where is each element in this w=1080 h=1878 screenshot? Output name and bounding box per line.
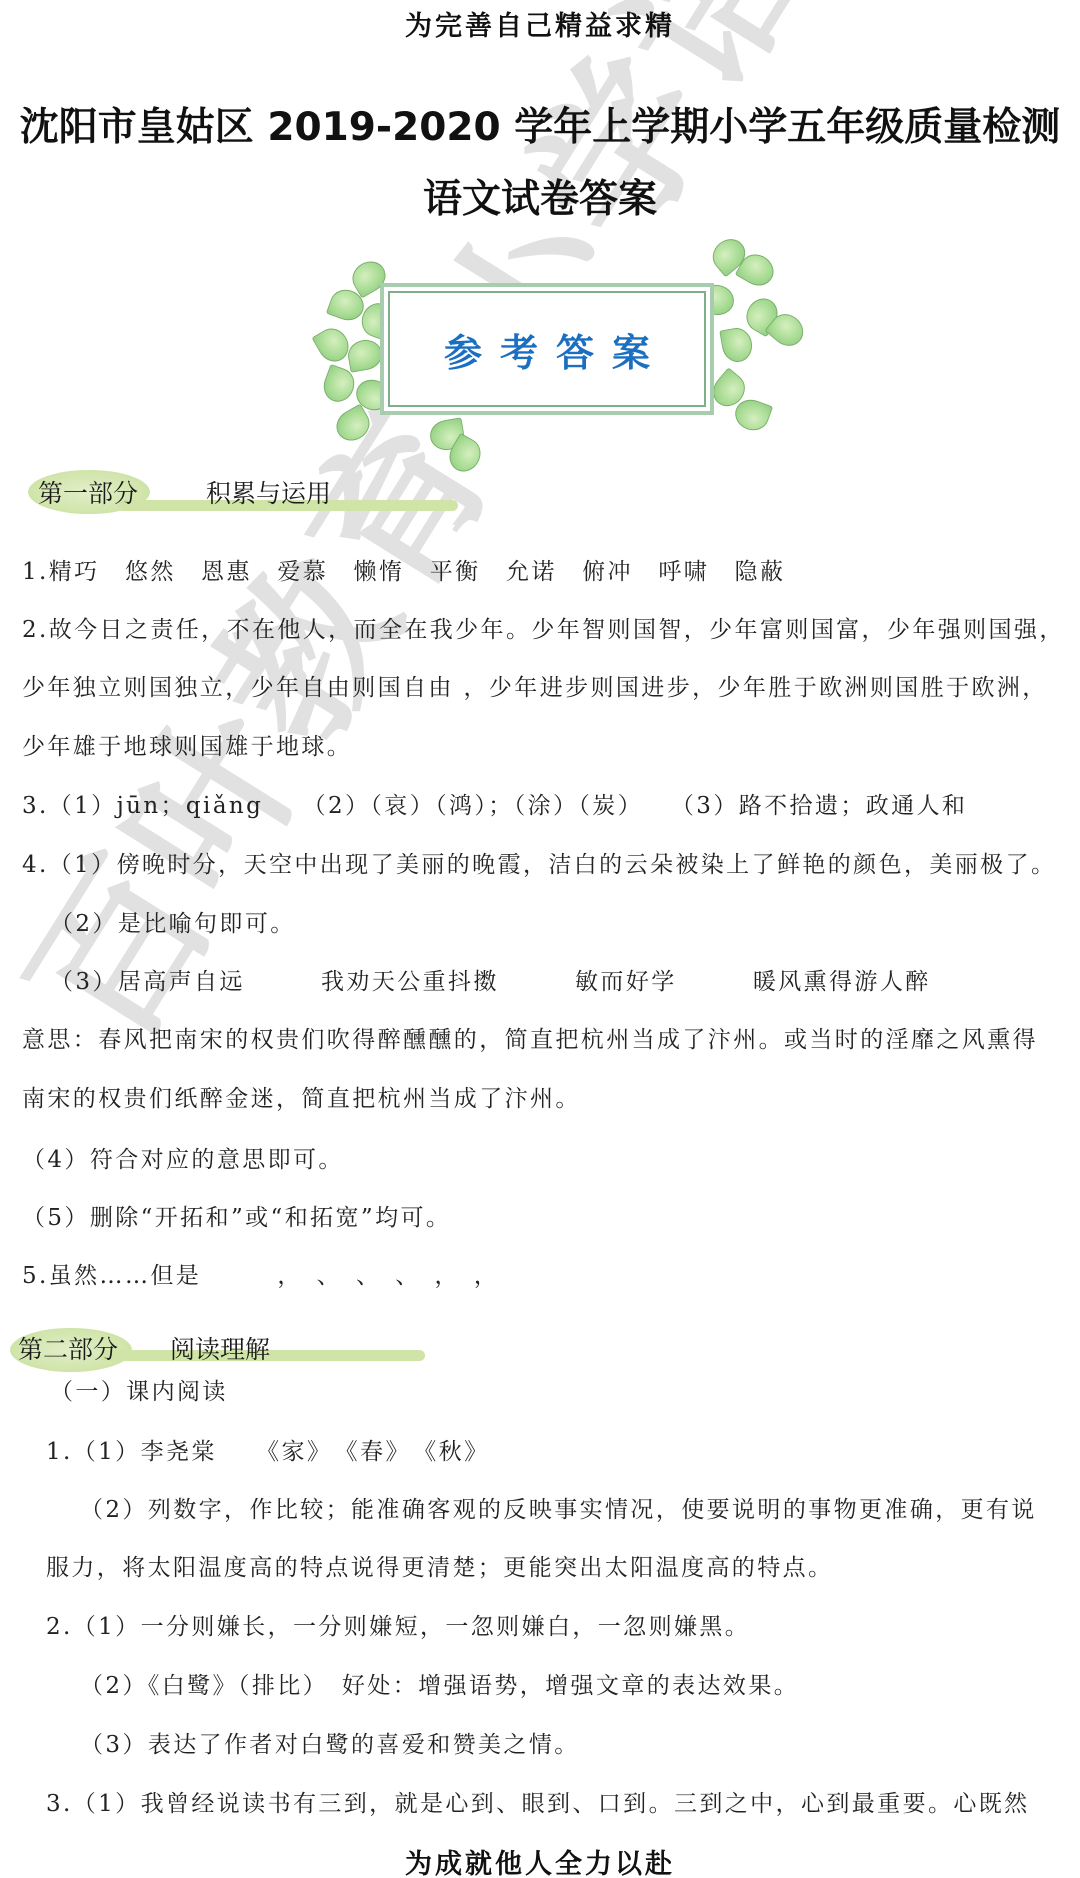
page-title: 沈阳市皇姑区 2019-2020 学年上学期小学五年级质量检测 [0, 96, 1080, 152]
answer-line: 5.虽然……但是 ， 、 、 、 ， ， [22, 1261, 499, 1291]
answer-line: （4）符合对应的意思即可。 [22, 1145, 344, 1175]
section-part-label: 第一部分 [38, 474, 138, 510]
answer-line: （3）表达了作者对白鹭的喜爱和赞美之情。 [80, 1730, 580, 1760]
answer-line: 4.（1）傍晚时分，天空中出现了美丽的晚霞，洁白的云朵被染上了鲜艳的颜色，美丽极… [22, 850, 1056, 880]
reference-answer-banner: 参考答案 [380, 283, 714, 415]
reference-answer-label: 参考答案 [444, 322, 668, 377]
answer-line: 少年雄于地球则国雄于地球。 [22, 732, 352, 762]
answer-line: 1.（1）李尧棠 《家》 《春》 《秋》 [46, 1437, 489, 1467]
answer-line: 2.故今日之责任，不在他人，而全在我少年。少年智则国智，少年富则国富，少年强则国… [22, 615, 1065, 645]
answer-line: 南宋的权贵们纸醉金迷，简直把杭州当成了汴州。 [22, 1084, 581, 1114]
answer-line: （2）是比喻句即可。 [50, 909, 296, 939]
document-page: 为完善自己精益求精 沈阳市皇姑区 2019-2020 学年上学期小学五年级质量检… [0, 0, 1080, 1878]
answer-line: （2）《白鹭》（排比） 好处：增强语势，增强文章的表达效果。 [80, 1671, 799, 1701]
subsection-heading: （一）课内阅读 [50, 1377, 228, 1407]
answer-line: 服力，将太阳温度高的特点说得更清楚；更能突出太阳温度高的特点。 [46, 1553, 833, 1583]
section-header-part2: 第二部分 阅读理解 [10, 1328, 430, 1372]
section-name: 积累与运用 [206, 474, 331, 510]
footer-motto: 为成就他人全力以赴 [0, 1842, 1080, 1878]
section-part-label: 第二部分 [18, 1330, 118, 1366]
answer-line: 1.精巧 悠然 恩惠 爱慕 懒惰 平衡 允诺 俯冲 呼啸 隐蔽 [22, 557, 785, 587]
answer-line: （3）居高声自远 我劝天公重抖擞 敏而好学 暖风熏得游人醉 [50, 967, 931, 997]
answer-line: 3.（1）jūn；qiǎng （2）（哀）（鸿）；（涂）（炭） （3）路不拾遗；… [22, 791, 967, 821]
header-motto: 为完善自己精益求精 [0, 4, 1080, 43]
answer-line: （2）列数字，作比较；能准确客观的反映事实情况，使要说明的事物更准确，更有说 [80, 1495, 1037, 1525]
answer-line: （5）删除“开拓和”或“和拓宽”均可。 [22, 1203, 451, 1233]
answer-line: 3.（1）我曾经说读书有三到，就是心到、眼到、口到。三到之中，心到最重要。心既然 [46, 1789, 1030, 1819]
answer-line: 意思：春风把南宋的权贵们吹得醉醺醺的，简直把杭州当成了汴州。或当时的淫靡之风熏得 [22, 1025, 1038, 1055]
section-header-part1: 第一部分 积累与运用 [28, 470, 458, 514]
section-name: 阅读理解 [170, 1330, 270, 1366]
page-subtitle: 语文试卷答案 [0, 168, 1080, 224]
answer-line: 少年独立则国独立，少年自由则国自由 ，少年进步则国进步，少年胜于欧洲则国胜于欧洲… [22, 673, 1048, 703]
answer-line: 2.（1）一分则嫌长，一分则嫌短，一忽则嫌白，一忽则嫌黑。 [46, 1612, 750, 1642]
